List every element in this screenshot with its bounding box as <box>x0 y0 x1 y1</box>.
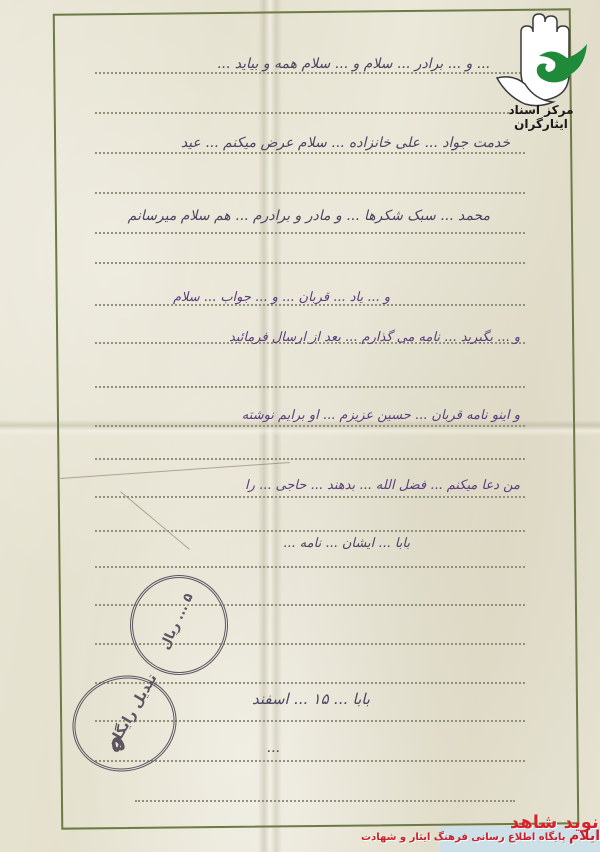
handwritten-line-8: بابا ... ایشان ... نامه ... <box>283 536 410 551</box>
handwritten-line-1: ... و ... برادر ... سلام و ... سلام همه … <box>217 56 490 72</box>
handwritten-line-5: و ... بگیرید ... نامه می گذارم ... بعد ا… <box>229 330 520 345</box>
round-stamp-text: ۵ ... ریال <box>158 591 197 652</box>
handwritten-line-7: من دعا میکنم ... فضل الله ... بدهند ... … <box>245 478 520 493</box>
logo-caption: مرکز اسناد ایثارگران <box>482 103 600 131</box>
handwritten-line-10: ... <box>267 740 280 756</box>
footer-place: ایلام <box>569 828 600 844</box>
footer-tagline-text: پایگاه اطلاع رسانی فرهنگ ایثار و شهادت <box>361 832 566 843</box>
handwritten-signature: بابا ... ۱۵ ... اسفند <box>252 690 370 708</box>
footer-tagline: ایلام پایگاه اطلاع رسانی فرهنگ ایثار و ش… <box>404 828 600 844</box>
round-stamp: ۵ ... ریال <box>130 575 228 675</box>
handwritten-line-4: و ... یاد ... قربان ... و ... جواب ... س… <box>173 290 390 305</box>
handwritten-line-3: محمد ... سبک شکرها ... و مادر و برادرم .… <box>128 208 490 224</box>
handwritten-line-6: و اینو نامه قربان ... حسین عزیزم ... او … <box>242 408 520 423</box>
handwritten-line-2: خدمت جواد ... علی خانزاده ... سلام عرض م… <box>181 135 510 151</box>
